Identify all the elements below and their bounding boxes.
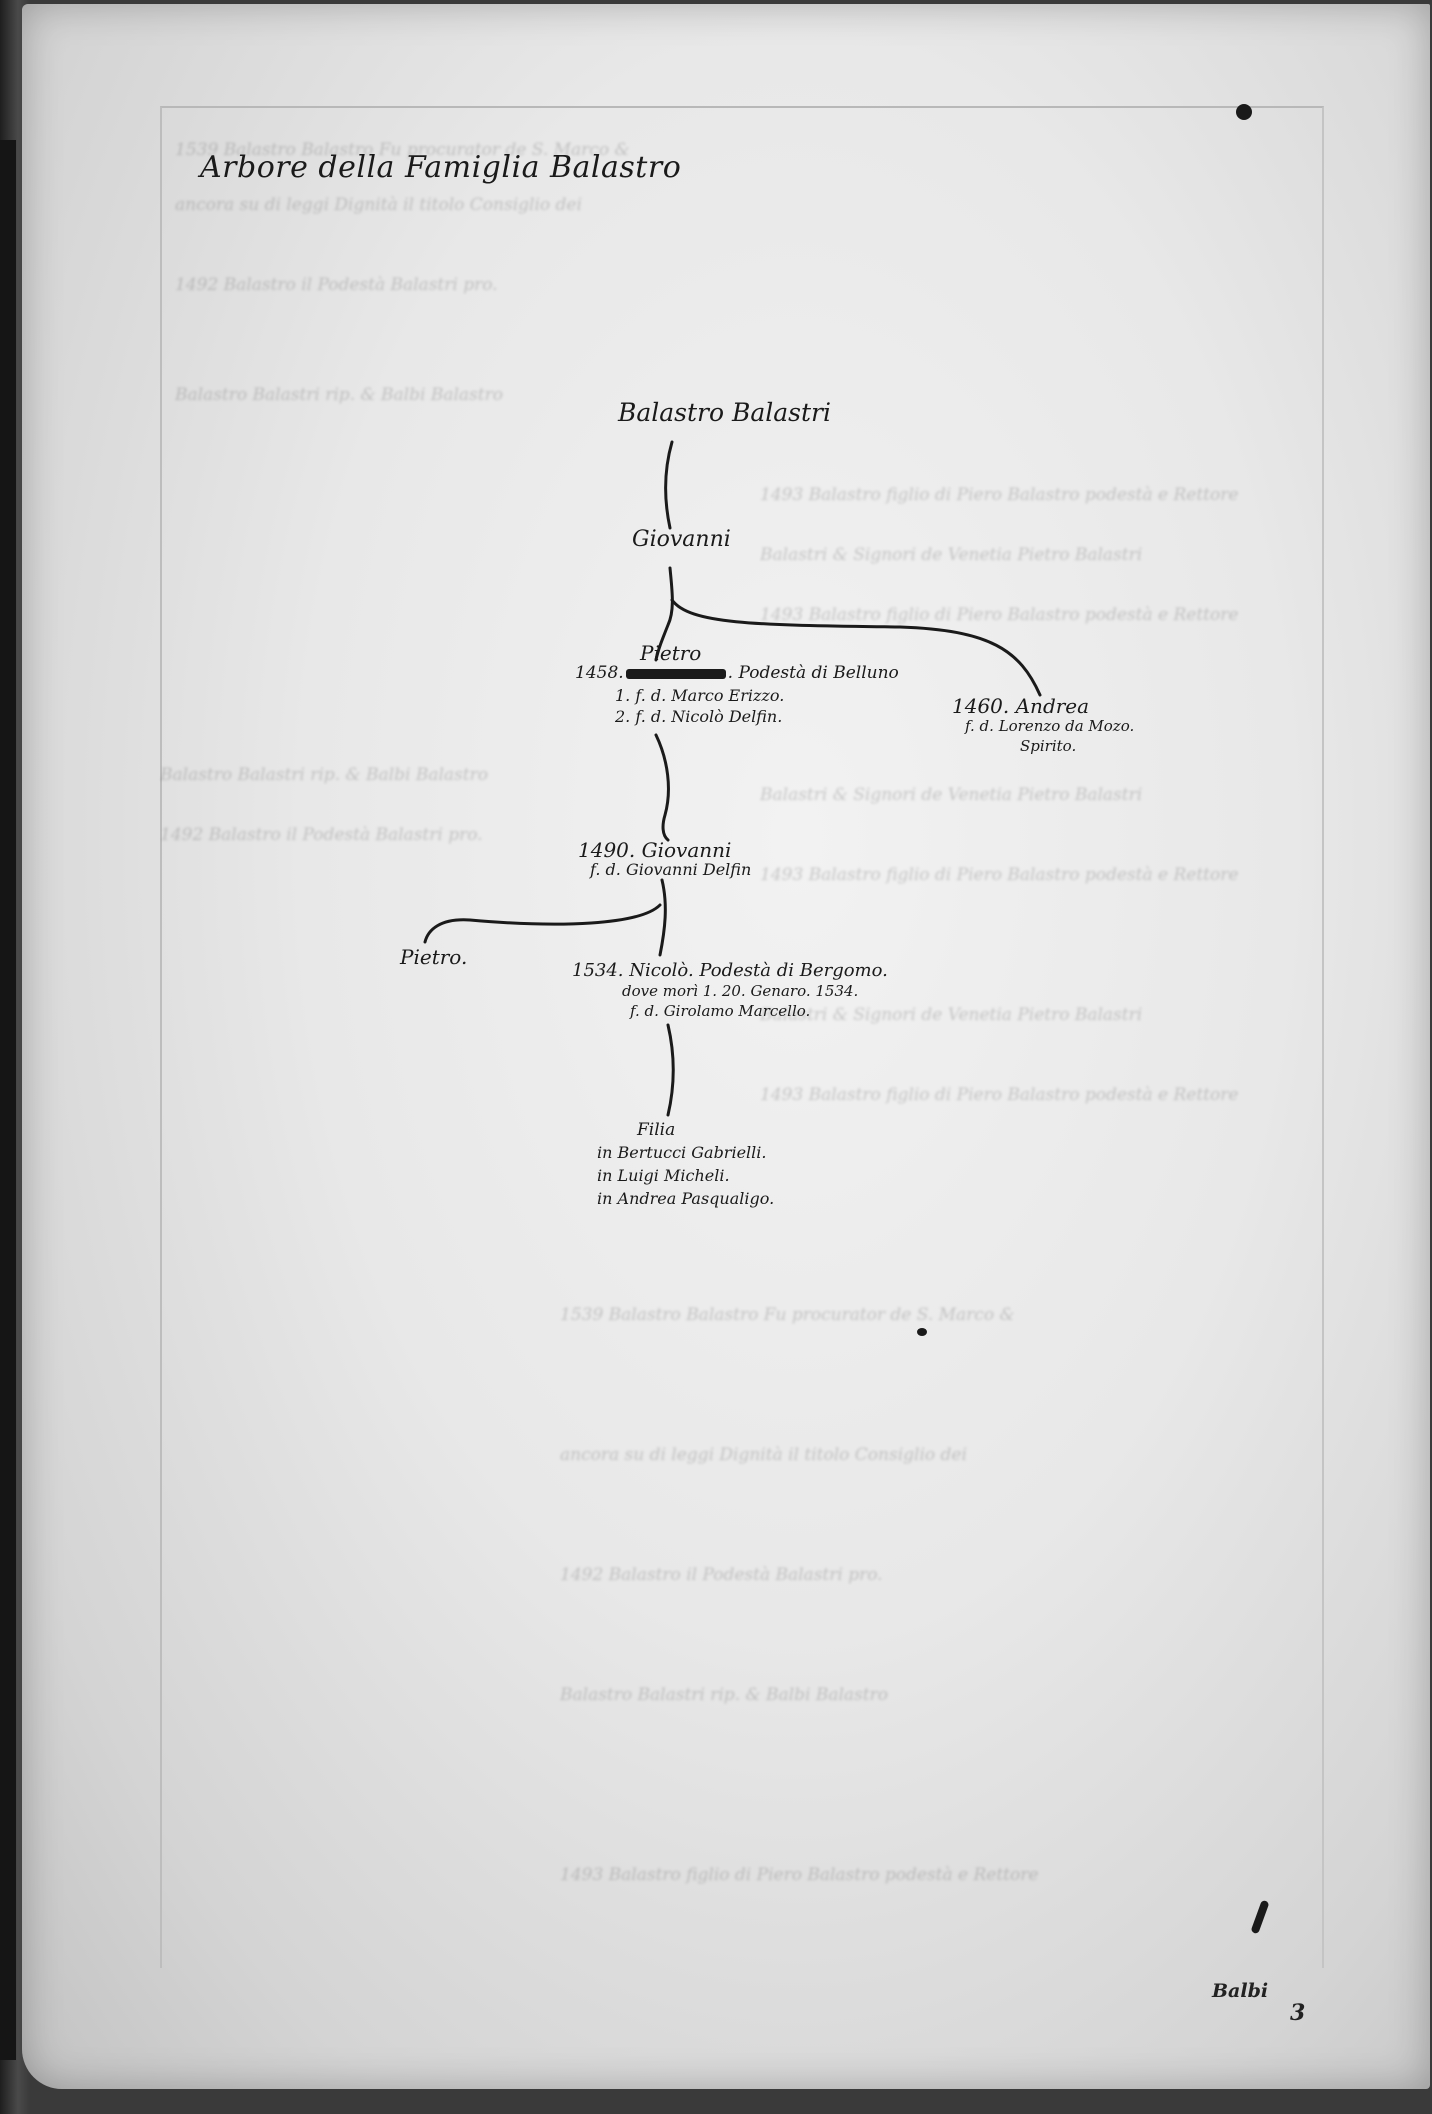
binding-edge <box>0 140 16 2060</box>
scan-background: 1539 Balastro Balastro Fu procurator de … <box>0 0 1432 2114</box>
ink-blot <box>1236 104 1252 120</box>
tree-node-nicolo-line2: dove morì 1. 20. Genaro. 1534. <box>622 982 858 1000</box>
corner-label: Balbi <box>1212 1980 1268 2002</box>
tree-node-pietro-line3: 2. f. d. Nicolò Delfin. <box>615 707 782 726</box>
tree-node-pietro-line1: 1458.. Podestà di Belluno <box>575 663 899 683</box>
page-mark: 3 <box>1290 2000 1305 2026</box>
bleed-text: ancora su di leggi Dignità il titolo Con… <box>175 190 695 220</box>
bleed-text: Balastro Balastri rip. & Balbi Balastro <box>160 760 580 790</box>
tree-node-filia-line4: in Andrea Pasqualigo. <box>597 1189 774 1208</box>
bleed-text: Balastro Balastri rip. & Balbi Balastro <box>175 380 695 410</box>
tree-node-pietro-line2: 1. f. d. Marco Erizzo. <box>615 686 784 705</box>
tree-node-giovanni-1490-line1: 1490. Giovanni <box>578 838 731 862</box>
bleed-text: Balastro Balastri rip. & Balbi Balastro <box>560 1680 1300 1710</box>
bleed-text: 1492 Balastro il Podestà Balastri pro. <box>560 1560 1300 1590</box>
bleed-text: Balastri & Signori de Venetia Pietro Bal… <box>760 540 1300 570</box>
bleed-text: 1492 Balastro il Podestà Balastri pro. <box>160 820 580 850</box>
pietro-office: . Podestà di Belluno <box>728 663 899 683</box>
tree-node-nicolo-line1: 1534. Nicolò. Podestà di Bergomo. <box>572 960 888 982</box>
bleed-text: 1493 Balastro figlio di Piero Balastro p… <box>760 860 1300 890</box>
bleed-text: 1492 Balastro il Podestà Balastri pro. <box>175 270 695 300</box>
bleed-text: 1539 Balastro Balastro Fu procurator de … <box>560 1300 1300 1330</box>
tree-node-andrea-line1: 1460. Andrea <box>952 694 1089 718</box>
bleed-text: 1493 Balastro figlio di Piero Balastro p… <box>560 1860 1300 1890</box>
bleed-text: 1493 Balastro figlio di Piero Balastro p… <box>760 600 1300 630</box>
bleed-text: 1493 Balastro figlio di Piero Balastro p… <box>760 1080 1300 1110</box>
bleed-text: Balastri & Signori de Venetia Pietro Bal… <box>760 780 1300 810</box>
tree-node-pietro-2: Pietro. <box>400 945 467 969</box>
tree-node-giovanni-1490-line2: f. d. Giovanni Delfin <box>590 860 751 879</box>
tree-node-filia-line2: in Bertucci Gabrielli. <box>597 1143 766 1162</box>
tree-node-filia-line1: Filia <box>637 1120 675 1140</box>
tree-node-root: Balastro Balastri <box>618 398 831 428</box>
tree-node-andrea-line2: f. d. Lorenzo da Mozo. <box>965 717 1134 735</box>
tree-node-nicolo-line3: f. d. Girolamo Marcello. <box>630 1002 810 1020</box>
pietro-year: 1458. <box>575 663 624 683</box>
tree-node-giovanni: Giovanni <box>632 527 731 553</box>
tree-node-pietro-name: Pietro <box>640 641 701 665</box>
tree-node-filia-line3: in Luigi Micheli. <box>597 1166 730 1185</box>
bleed-text: ancora su di leggi Dignità il titolo Con… <box>560 1440 1300 1470</box>
bleed-text: Balastri & Signori de Venetia Pietro Bal… <box>760 1000 1300 1030</box>
ink-blot <box>917 1328 927 1336</box>
struck-out-text <box>626 669 726 679</box>
bleed-text: 1493 Balastro figlio di Piero Balastro p… <box>760 480 1300 510</box>
tree-node-andrea-line3: Spirito. <box>1020 737 1076 755</box>
page-title: Arbore della Famiglia Balastro <box>200 150 681 186</box>
